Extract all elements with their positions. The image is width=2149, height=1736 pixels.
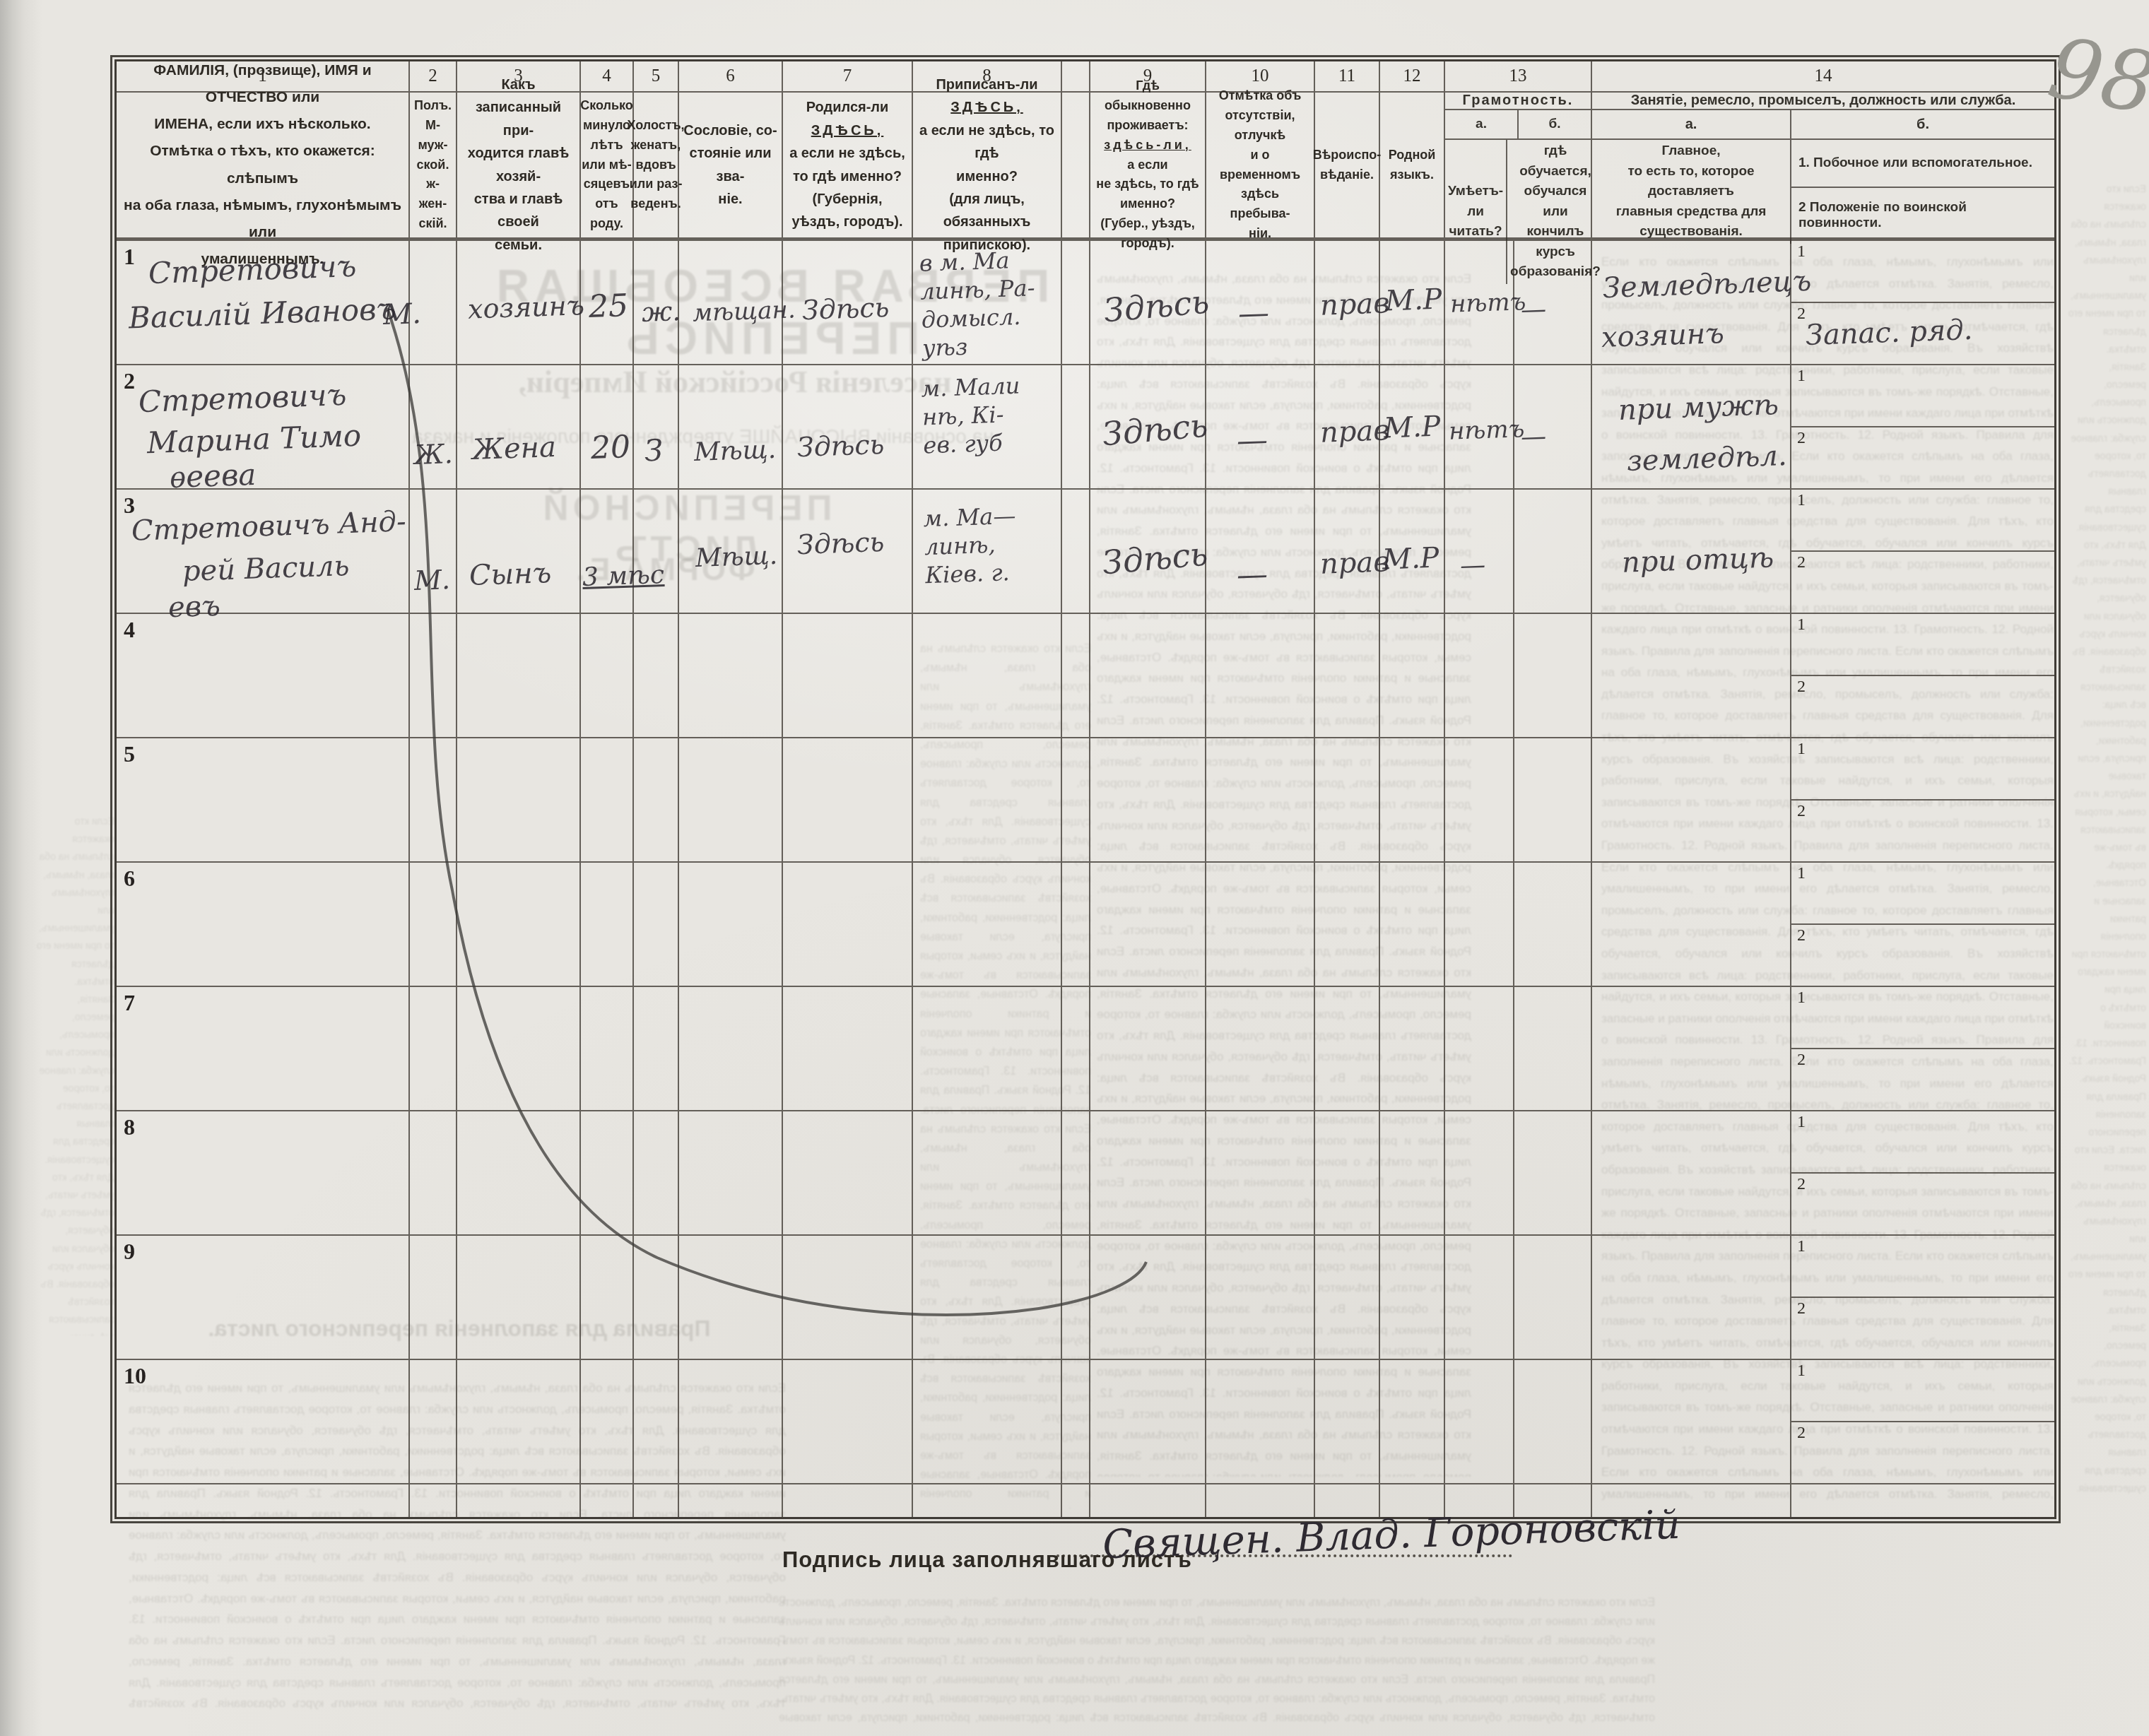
row-name-cell: 7	[117, 987, 410, 1111]
header-text: Родился-ли	[806, 96, 889, 119]
table-cell	[457, 738, 581, 863]
military-sub2: 2	[1791, 427, 2054, 490]
military-sub2: 2	[1791, 1298, 2054, 1360]
table-cell	[1592, 863, 1791, 987]
hw-r2-born: Здѣсь	[796, 428, 885, 465]
military-sub1: 1	[1791, 241, 2054, 303]
table-cell	[1592, 1360, 1791, 1484]
table-cell	[634, 1236, 679, 1360]
hw-r2-relation: Жена	[471, 430, 556, 468]
hw-r2-language: М.Р	[1383, 409, 1441, 447]
table-cell	[1315, 1111, 1380, 1236]
table-cell	[1380, 987, 1445, 1111]
census-form-sheet: ПЕРВАЯ ВСЕОБЩАЯ ПЕРЕПИСЬ населенія Россі…	[0, 0, 2149, 1736]
sub-label-1: 1	[1797, 242, 1806, 261]
table-cell	[410, 738, 457, 863]
table-cell	[1380, 738, 1445, 863]
col-header-name: ФАМИЛІЯ, (прозвище), ИМЯ и ОТЧЕСТВО или …	[117, 93, 410, 241]
col-number-12: 12	[1380, 61, 1445, 93]
header-text: Гдѣ обыкновенно проживаетъ:	[1095, 76, 1201, 136]
literacy-b-label: б.	[1519, 110, 1591, 138]
military-sub2: 2	[1791, 676, 2054, 738]
occupation-title: Занятіе, ремесло, промыселъ, должность и…	[1592, 93, 2054, 110]
table-cell	[581, 738, 634, 863]
table-cell	[783, 614, 913, 738]
table-cell	[913, 863, 1062, 987]
table-cell	[634, 365, 679, 490]
hw-r1-marital: ж.	[641, 295, 681, 329]
table-cell	[1206, 863, 1315, 987]
table-cell	[783, 1236, 913, 1360]
table-cell	[410, 614, 457, 738]
fold-gap	[1062, 1111, 1090, 1236]
table-cell	[634, 1484, 679, 1517]
sub-label-1: 1	[1797, 988, 1806, 1008]
row-number: 1	[124, 244, 135, 270]
ghost-text-block: Если кто окажется слѣпымъ на оба глаза, …	[2067, 180, 2146, 1494]
hw-r1-literacy: нѣтъ	[1449, 287, 1526, 319]
table-cell	[1514, 987, 1592, 1111]
table-cell	[457, 1236, 581, 1360]
col-header-occupation: Занятіе, ремесло, промыселъ, должность и…	[1592, 93, 2054, 241]
hw-r1-faith: прав	[1319, 285, 1390, 323]
table-cell	[1315, 1236, 1380, 1360]
header-emph: ЗДѢСЬ,	[811, 119, 884, 142]
military-cell: 1 2	[1791, 1360, 2054, 1484]
col-header-sex: Полъ. М-муж- ской. ж-жен- скій.	[410, 93, 457, 241]
table-cell	[581, 987, 634, 1111]
military-sub2: 2	[1791, 1174, 2054, 1236]
table-cell	[783, 1360, 913, 1484]
table-cell	[581, 614, 634, 738]
table-cell	[679, 365, 783, 490]
table-cell	[1315, 863, 1380, 987]
hw-r3-given-1: рей Василь	[182, 548, 350, 589]
sub-label-1: 1	[1797, 740, 1806, 759]
hw-r1-language: М.Р	[1384, 282, 1442, 319]
hw-r2-occupation-1: при мужѣ	[1618, 387, 1779, 428]
military-sub1: 1	[1791, 863, 2054, 925]
col-number-4: 4	[581, 61, 634, 93]
table-cell	[634, 490, 679, 614]
table-cell	[1380, 614, 1445, 738]
occupation-b-label: б.	[1791, 110, 2054, 140]
military-sub2: 2	[1791, 552, 2054, 614]
hw-r2-age: 20	[590, 427, 631, 468]
table-cell	[1592, 738, 1791, 863]
military-sub1: 1	[1791, 1236, 2054, 1298]
table-cell	[1592, 1236, 1791, 1360]
table-cell	[457, 1111, 581, 1236]
row-name-cell: 10	[117, 1360, 410, 1484]
table-cell	[1445, 987, 1514, 1111]
table-cell	[913, 1111, 1062, 1236]
table-cell	[679, 1111, 783, 1236]
table-cell	[913, 987, 1062, 1111]
military-sub1: 1	[1791, 1360, 2054, 1422]
fold-gap	[1062, 863, 1090, 987]
table-cell	[1090, 738, 1206, 863]
col-number-14: 14	[1592, 61, 2054, 93]
table-cell	[634, 1111, 679, 1236]
col-header-language: Родной языкъ.	[1380, 93, 1445, 241]
military-cell: 1 2	[1791, 1111, 2054, 1236]
col-header-marital: Холостъ, женатъ, вдовъ или раз- веденъ.	[634, 93, 679, 241]
fold-gap	[1062, 1236, 1090, 1360]
table-cell	[1206, 987, 1315, 1111]
col-header-estate: Сословіе, со- стояніе или зва- ніе.	[679, 93, 783, 241]
table-cell	[1090, 1360, 1206, 1484]
row-number: 4	[124, 617, 135, 643]
header-text: а если не здѣсь, то гдѣ именно? (Губерні…	[787, 142, 907, 234]
table-cell	[410, 1236, 457, 1360]
hw-r3-language: М.Р	[1382, 541, 1439, 578]
military-sub2: 2	[1791, 1049, 2054, 1111]
table-cell	[581, 1236, 634, 1360]
table-cell	[783, 1111, 913, 1236]
military-cell: 1 2	[1791, 738, 2054, 863]
row-name-cell: 9	[117, 1236, 410, 1360]
ghost-text-block: Если кто окажется слѣпымъ на оба глаза, …	[779, 1593, 1655, 1724]
table-cell	[1090, 1484, 1206, 1517]
fold-gap	[1062, 1360, 1090, 1484]
sub-label-1: 1	[1797, 367, 1806, 386]
fold-gap	[1062, 738, 1090, 863]
page-number-pencil: 98	[2042, 18, 2149, 133]
fold-gap	[1062, 614, 1090, 738]
table-cell	[581, 1360, 634, 1484]
col-header-birthplace: Родился-ли ЗДѢСЬ,а если не здѣсь, то гдѣ…	[783, 93, 913, 241]
sub-label-1: 1	[1797, 615, 1806, 634]
table-cell	[679, 1484, 783, 1517]
sub-label-2: 2	[1797, 1424, 1806, 1443]
table-cell	[1206, 490, 1315, 614]
table-cell	[1514, 490, 1592, 614]
table-cell	[913, 738, 1062, 863]
table-cell	[410, 1484, 457, 1517]
hw-r3-estate: Мѣщ.	[695, 540, 778, 574]
row-number: 10	[124, 1363, 146, 1389]
hw-r2-marital: З	[644, 432, 664, 470]
sub-label-2: 2	[1797, 1175, 1806, 1194]
fold-gap	[1062, 1484, 1090, 1517]
table-cell	[1206, 1360, 1315, 1484]
col-header-literacy: Грамотность. а. б. Умѣетъ- ли читать? гд…	[1445, 93, 1592, 241]
table-cell	[1445, 1236, 1514, 1360]
header-emph: здѣсь-ли,	[1104, 136, 1191, 155]
table-cell	[634, 614, 679, 738]
table-cell	[457, 365, 581, 490]
row-number: 6	[124, 866, 135, 892]
hw-r1-surname: Стретовичъ	[148, 248, 357, 293]
occupation-a-text: Главное, то есть то, которое доставляетъ…	[1592, 140, 1790, 244]
fold-gap	[1062, 490, 1090, 614]
sub-label-2: 2	[1797, 1051, 1806, 1070]
hw-r2-given-2: ѳеева	[169, 456, 257, 497]
table-cell	[634, 987, 679, 1111]
hw-r3-literacy: —	[1459, 549, 1486, 581]
table-cell	[1090, 614, 1206, 738]
table-cell	[457, 490, 581, 614]
header-text: а если не здѣсь, то гдѣ именно? (для лиц…	[917, 119, 1056, 256]
table-cell	[679, 863, 783, 987]
table-cell	[410, 1111, 457, 1236]
table-cell	[1445, 614, 1514, 738]
sub-label-1: 1	[1797, 491, 1806, 510]
sub-label-2: 2	[1797, 553, 1806, 572]
occupation-a-label: а.	[1592, 110, 1790, 140]
table-cell	[1315, 1360, 1380, 1484]
table-cell	[679, 987, 783, 1111]
table-cell	[1592, 987, 1791, 1111]
military-sub2: 2	[1791, 1422, 2054, 1484]
hw-r2-surname: Стретовичъ	[138, 377, 347, 421]
sub-label-2: 2	[1797, 926, 1806, 945]
hw-r1-estate: мѣщан.	[692, 295, 796, 329]
table-cell	[1592, 1111, 1791, 1236]
military-sub2: 2	[1791, 801, 2054, 863]
table-cell	[581, 863, 634, 987]
table-cell	[1380, 1111, 1445, 1236]
table-cell	[1514, 614, 1592, 738]
table-cell	[581, 490, 634, 614]
col-number-6: 6	[679, 61, 783, 93]
col-header-relation: Какъ записанный при- ходится главѣ хозяй…	[457, 93, 581, 241]
military-cell: 1 2	[1791, 863, 2054, 987]
col-header-absence: Отмѣтка объ отсутствіи, отлучкѣ и о врем…	[1206, 93, 1315, 241]
col-header-registration: Приписанъ-ли ЗДѢСЬ,а если не здѣсь, то г…	[913, 93, 1062, 241]
hw-r2-education: —	[1520, 420, 1547, 453]
military-cell: 1 2	[1791, 1236, 2054, 1360]
table-cell	[783, 1484, 913, 1517]
table-cell	[1514, 863, 1592, 987]
military-sub1: 1	[1791, 987, 2054, 1049]
header-emph: ЗДѢСЬ,	[950, 96, 1023, 119]
hw-r1-absence: —	[1237, 293, 1270, 333]
row-name-cell: 5	[117, 738, 410, 863]
row-number: 2	[124, 368, 135, 394]
hw-r1-registered: в м. Ма линѣ, Ра- домысл. уѣз	[919, 245, 1037, 362]
hw-r1-military: Запас. ряд.	[1805, 312, 1973, 353]
table-cell	[1206, 738, 1315, 863]
row-number: 9	[124, 1239, 135, 1265]
col-number-2: 2	[410, 61, 457, 93]
ghost-text-block: Если кто окажется слѣпымъ на оба глаза, …	[35, 813, 114, 1335]
table-cell	[1445, 738, 1514, 863]
table-cell	[634, 1360, 679, 1484]
sub-label-2: 2	[1797, 1299, 1806, 1318]
table-cell	[581, 1111, 634, 1236]
sub-label-1: 1	[1797, 864, 1806, 883]
table-cell	[1380, 1360, 1445, 1484]
table-cell	[1206, 1484, 1315, 1517]
fold-gap	[1062, 93, 1090, 241]
hw-r2-registered: м. Мали нѣ, Кі- ев. губ	[921, 372, 1023, 460]
table-cell	[1445, 863, 1514, 987]
hw-r2-faith: прав	[1319, 413, 1390, 450]
table-cell	[1090, 987, 1206, 1111]
hw-r1-occupation-2: хозяинъ	[1601, 316, 1724, 355]
hw-r3-faith: прав	[1319, 544, 1390, 581]
row-name-cell: 4	[117, 614, 410, 738]
table-cell	[1315, 738, 1380, 863]
table-cell	[581, 1484, 634, 1517]
table-cell	[1090, 1111, 1206, 1236]
table-cell	[1791, 1484, 2054, 1517]
military-sub1: 1	[1791, 614, 2054, 676]
table-cell	[679, 1360, 783, 1484]
table-cell	[1514, 1111, 1592, 1236]
hw-r3-absence: —	[1236, 555, 1268, 595]
fold-gap	[1062, 365, 1090, 490]
table-cell	[1206, 1111, 1315, 1236]
hw-r1-age: 25	[588, 286, 629, 326]
sub-label-2: 2	[1797, 429, 1806, 448]
table-cell	[457, 1484, 581, 1517]
col-header-residence: Гдѣ обыкновенно проживаетъ: здѣсь-ли,а е…	[1090, 93, 1206, 241]
table-cell	[1380, 1236, 1445, 1360]
table-cell	[783, 987, 913, 1111]
row-name-cell: 6	[117, 863, 410, 987]
table-cell	[410, 863, 457, 987]
table-cell	[679, 738, 783, 863]
literacy-a-label: а.	[1445, 110, 1519, 138]
hw-r1-occupation-1: Земледѣлецъ	[1602, 264, 1812, 306]
table-cell	[783, 863, 913, 987]
table-cell	[1380, 863, 1445, 987]
table-cell	[410, 1360, 457, 1484]
hw-r3-relation: Сынъ	[469, 555, 552, 594]
table-cell	[1206, 1236, 1315, 1360]
sub-label-1: 1	[1797, 1237, 1806, 1256]
row-number: 5	[124, 741, 135, 767]
col-number-7: 7	[783, 61, 913, 93]
hw-r3-age: 3 мѣс	[582, 559, 665, 594]
hw-r2-sex: Ж.	[413, 437, 453, 472]
hw-r3-occupation-1: при отцѣ	[1621, 540, 1774, 580]
col-number-5: 5	[634, 61, 679, 93]
table-cell	[1206, 614, 1315, 738]
col-header-faith: Вѣроиспо- вѣданіе.	[1315, 93, 1380, 241]
sub-label-2: 2	[1797, 678, 1806, 697]
table-cell	[117, 1484, 410, 1517]
hw-r1-born: Здѣсь	[801, 291, 890, 328]
table-cell	[1315, 614, 1380, 738]
table-cell	[457, 863, 581, 987]
hw-r1-relation: хозяинъ	[467, 289, 585, 326]
literacy-title: Грамотность.	[1445, 93, 1591, 110]
sub-label-1: 1	[1797, 1362, 1806, 1381]
sub-label-2: 2	[1797, 802, 1806, 821]
table-cell	[1090, 863, 1206, 987]
military-sub2: 2	[1791, 925, 2054, 987]
table-cell	[783, 365, 913, 490]
table-cell	[783, 738, 913, 863]
military-cell: 1 2	[1791, 490, 2054, 614]
table-cell	[913, 1484, 1062, 1517]
military-cell: 1 2	[1791, 365, 2054, 490]
table-cell	[1514, 1236, 1592, 1360]
row-number: 7	[124, 990, 135, 1016]
table-cell	[1445, 1111, 1514, 1236]
table-cell	[913, 614, 1062, 738]
hw-r2-literacy: нѣтъ	[1448, 414, 1525, 447]
fold-gap	[1062, 61, 1090, 93]
table-cell	[457, 614, 581, 738]
sub-label-2: 2	[1797, 305, 1806, 324]
hw-r2-absence: —	[1236, 420, 1268, 461]
table-cell	[457, 987, 581, 1111]
military-sub1: 1	[1791, 490, 2054, 552]
table-cell	[1514, 738, 1592, 863]
row-number: 8	[124, 1114, 135, 1140]
table-cell	[679, 1236, 783, 1360]
header-text: а если не здѣсь, то гдѣ именно? (Губер.,…	[1095, 155, 1201, 254]
table-cell	[913, 1360, 1062, 1484]
occupation-b2-text: 2 Положеніе по воинской повинности.	[1791, 188, 2054, 244]
hw-r2-occupation-2: земледѣл.	[1626, 438, 1787, 479]
table-cell	[634, 738, 679, 863]
hw-r3-born: Здѣсь	[796, 526, 885, 562]
table-cell	[1445, 1360, 1514, 1484]
col-number-11: 11	[1315, 61, 1380, 93]
hw-r1-sex: М.	[382, 296, 421, 333]
military-cell: 1 2	[1791, 987, 2054, 1111]
military-sub1: 1	[1791, 365, 2054, 427]
header-text: Приписанъ-ли	[936, 73, 1037, 96]
hw-r3-given-2: евъ	[167, 589, 220, 626]
table-cell	[913, 1236, 1062, 1360]
col-number-13: 13	[1445, 61, 1592, 93]
table-cell	[1514, 1360, 1592, 1484]
table-cell	[634, 863, 679, 987]
military-cell: 1 2	[1791, 614, 2054, 738]
hw-r1-education: —	[1520, 293, 1547, 326]
table-cell	[1090, 1236, 1206, 1360]
fold-gap	[1062, 241, 1090, 365]
table-cell	[1592, 614, 1791, 738]
sub-label-1: 1	[1797, 1113, 1806, 1132]
row-name-cell: 8	[117, 1111, 410, 1236]
hw-r2-estate: Мѣщ.	[693, 434, 777, 468]
hw-r3-registered: м. Ма— линѣ, Кіев. г.	[923, 502, 1018, 589]
col-header-age: Сколько минуло лѣтъ или мѣ- сяцевъ отъ р…	[581, 93, 634, 241]
table-cell	[679, 614, 783, 738]
table-cell	[457, 1360, 581, 1484]
military-sub1: 1	[1791, 1111, 2054, 1174]
fold-gap	[1062, 987, 1090, 1111]
hw-r2-given-1: Марина Тимо	[146, 418, 362, 462]
occupation-b1-text: 1. Побочное или вспомогательное.	[1791, 140, 2054, 188]
military-sub1: 1	[1791, 738, 2054, 801]
hw-r3-sex: М.	[413, 563, 451, 598]
table-cell	[410, 987, 457, 1111]
table-cell	[1315, 987, 1380, 1111]
